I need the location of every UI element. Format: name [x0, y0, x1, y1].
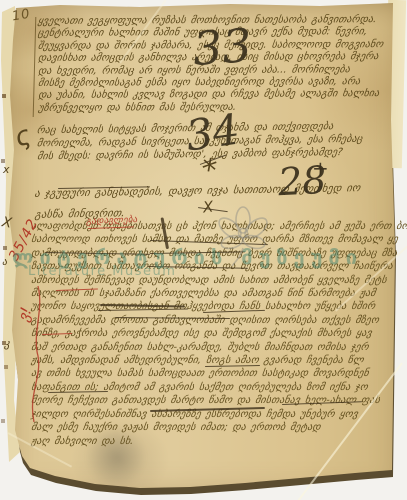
ink-strike-stroke: [205, 365, 260, 367]
red-margin-squiggle-line: [22, 282, 56, 430]
red-strike-stroke: [88, 226, 134, 229]
ink-strike-stroke: [150, 407, 265, 412]
red-strike-stroke: [56, 289, 98, 292]
ink-strike-stroke: [282, 401, 362, 405]
ink-strike-stroke: [203, 310, 265, 313]
ink-strike-stroke: [115, 317, 230, 319]
red-inserted-word: გადავლება: [86, 215, 138, 227]
ink-strike-stroke: [58, 186, 150, 189]
watermark-latin-text: Literature Museum: [28, 264, 176, 279]
ink-strike-stroke: [98, 308, 188, 311]
ink-strike-stroke: [100, 304, 185, 307]
ink-strike-stroke: [48, 391, 108, 393]
scanned-manuscript-page: 10 ყველათი ვეგყოფულა რუზბას მოთხოვნით ნა…: [0, 0, 407, 500]
ink-strike-stroke: [200, 154, 227, 165]
